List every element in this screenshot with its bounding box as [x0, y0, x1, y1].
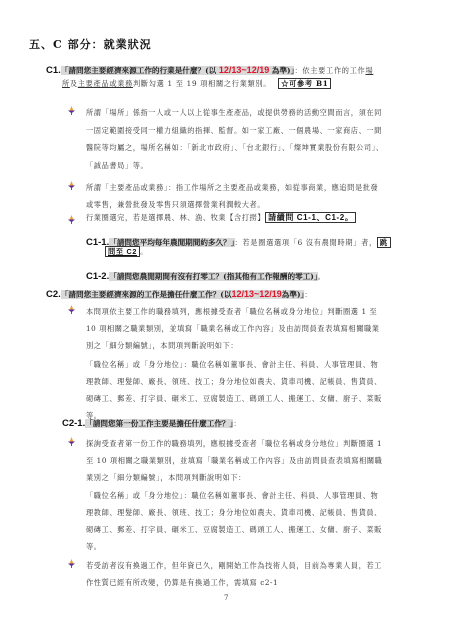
section-title: 五、C 部分：就業狀況 — [29, 36, 152, 52]
skip-box-b: 問至 C2 — [105, 246, 140, 257]
detail-line: 砌磚工、郵差、打字員、碾米工、豆腐製造工、碼頭工人、搬運工、女傭、廚子、菜販 — [86, 521, 382, 538]
c2-1-note-changed-job: 若受訪者沒有換過工作，但年資已久，剛開始工作為技術人員，目前為專業人員，若工 作… — [86, 557, 382, 591]
c1-label: C1. — [46, 65, 61, 76]
c2-question-line: C2.「請問您主要經濟來源的工作是擔任什麼工作？(以12/13~12/19為準)… — [46, 282, 312, 301]
c1-product-underlined: 主要產品或業務 — [78, 79, 133, 88]
note-line: 所謂「場所」係指一人或一人以上從事生產產品，或提供勞務的活動空間而言，須在同 — [86, 104, 384, 122]
c2-1-question: 「請問您第一份工作主要是擔任什麼工作？」 — [85, 419, 233, 428]
c2-label: C2. — [46, 289, 61, 300]
pushpin-bullet-icon — [67, 106, 76, 115]
note-line: 所謂「主要產品或業務」：指工作場所之主要產品或業務，如從事商業，應追問是批發 — [86, 179, 378, 196]
note-line: 作性質已經有所改變，仍算是有換過工作，需填寫 c2-1 — [86, 574, 382, 591]
c1-question-text-a: 「請問您主要經濟來源工作的行業是什麼？(以 — [61, 66, 219, 75]
c1-1-tail: ：若是圈選選項「6 沒有農閒時期」者， — [235, 238, 377, 247]
c1-2-question-line: C1-2.「請問您農閒期間有沒有打零工？(指其他有工作報酬的零工)」。 — [86, 264, 326, 283]
pushpin-bullet-icon — [67, 305, 76, 314]
note-line: 一固定範圍接受同一權力組織的指揮、監督。如一家工廠、一個農場、一家商店、一間 — [86, 122, 384, 140]
c1-tail-underlined: 場 — [365, 66, 373, 75]
c1-line2: 所及主要產品或業務判斷勾選 1 至 19 項相關之行業類別。 ☆可參考 B1 — [62, 79, 331, 89]
skip-box-a: 跳 — [377, 237, 391, 248]
c2-question-text-a: 「請問您主要經濟來源的工作是擔任什麼工作？(以 — [61, 290, 232, 299]
c1-question-text-b: 為準)」 — [269, 66, 294, 75]
note-line: 「誠品書局」等。 — [86, 157, 384, 175]
detail-line: 「職位名稱」或「身分地位」：職位名稱如董事長、會計主任、科員、人事管理員、物 — [86, 356, 382, 373]
c2-note: 本問項依主要工作的職務填列，應根據受查者「職位名稱或身分地位」判斷圈選 1 至 … — [86, 303, 380, 354]
pushpin-bullet-icon — [67, 437, 76, 446]
c1-reference-box: ☆可參考 B1 — [278, 78, 331, 89]
detail-line: 理教師、理髮師、廠長、領班、技工；身分地位如農夫、貨車司機、記帳員、售貨員、 — [86, 373, 382, 390]
c1-note-agriculture: 行業圈選完，若是選擇農、林、漁、牧業【含打撈】請續問 C1-1、C1-2。 — [86, 212, 356, 223]
note-line: 10 項相關之職業類別，並填寫「職業名稱或工作內容」及由訪問員查表填寫相關職業 — [86, 320, 380, 337]
c2-1-end: ： — [233, 419, 241, 428]
note-line: 或零售，兼營批發及零售只須選擇營業利潤較大者。 — [86, 196, 378, 213]
note-line: 探詢受查者第一份工作的職務填列，應根據受查者「職位名稱或身分地位」判斷圈選 1 — [86, 435, 382, 452]
c1-2-end: 。 — [318, 272, 326, 281]
pushpin-bullet-icon — [67, 559, 76, 568]
c1-question: 「請問您主要經濟來源工作的行業是什麼？(以 12/13~12/19 為準)」 — [61, 66, 295, 75]
c1-date-range: 12/13~12/19 — [219, 65, 269, 75]
pushpin-bullet-icon — [67, 181, 76, 190]
c1-1-end: 。 — [140, 247, 148, 256]
page-number: 7 — [224, 594, 228, 602]
note-line: 別之「細分類編號」，本問項判斷說明如下： — [86, 337, 380, 354]
detail-line: 「職位名稱」或「身分地位」：職位名稱如董事長、會計主任、科員、人事管理員、物 — [86, 487, 382, 504]
c2-1-note: 探詢受查者第一份工作的職務填列，應根據受查者「職位名稱或身分地位」判斷圈選 1 … — [86, 435, 382, 486]
note-line: 行業圈選完，若是選擇農、林、漁、牧業【含打撈】 — [86, 213, 265, 222]
c1-place-underlined: 所 — [62, 79, 70, 88]
c2-1-label: C2-1. — [62, 418, 85, 429]
c2-date-range: 12/13~12/19 — [231, 289, 281, 299]
c1-and: 及 — [70, 79, 78, 88]
c1-2-label: C1-2. — [86, 271, 109, 282]
c1-question-line: C1.「請問您主要經濟來源工作的行業是什麼？(以 12/13~12/19 為準)… — [46, 58, 373, 77]
c2-end: ： — [304, 290, 312, 299]
c2-1-detail: 「職位名稱」或「身分地位」：職位名稱如董事長、會計主任、科員、人事管理員、物 理… — [86, 487, 382, 555]
note-line: 至 10 項相關之職業類別，並填寫「職業名稱或工作內容」及由訪問員查表填寫相關職 — [86, 452, 382, 469]
document-page: 五、C 部分：就業狀況 C1.「請問您主要經濟來源工作的行業是什麼？(以 12/… — [0, 0, 452, 640]
detail-line: 理教師、理髮師、廠長、領班、技工；身分地位如農夫、貨車司機、記帳員、售貨員、 — [86, 504, 382, 521]
continue-ask-box: 請續問 C1-1、C1-2。 — [265, 212, 356, 223]
pushpin-bullet-icon — [67, 215, 76, 224]
note-line: 業別之「細分類編號」，本問項判斷說明如下： — [86, 469, 382, 486]
detail-line: 等。 — [86, 538, 382, 555]
c1-note-product: 所謂「主要產品或業務」：指工作場所之主要產品或業務，如從事商業，應追問是批發 或… — [86, 179, 378, 213]
note-line: 本問項依主要工作的職務填列，應根據受查者「職位名稱或身分地位」判斷圈選 1 至 — [86, 303, 380, 320]
c1-2-question: 「請問您農閒期間有沒有打零工？(指其他有工作報酬的零工)」 — [109, 272, 317, 281]
detail-line: 砌磚工、郵差、打字員、碾米工、豆腐製造工、碼頭工人、搬運工、女傭、廚子、菜販 — [86, 390, 382, 407]
c2-1-question-line: C2-1.「請問您第一份工作主要是擔任什麼工作？」： — [62, 411, 241, 430]
c1-1-line2: 問至 C2。 — [105, 247, 148, 257]
c1-tail: ：依主要工作的工作 — [294, 66, 365, 75]
c2-question-text-b: 為準)」 — [282, 290, 305, 299]
c2-question: 「請問您主要經濟來源的工作是擔任什麼工作？(以12/13~12/19為準)」 — [61, 290, 305, 299]
c1-note-place: 所謂「場所」係指一人或一人以上從事生產產品，或提供勞務的活動空間而言，須在同 一… — [86, 104, 384, 174]
note-line: 若受訪者沒有換過工作，但年資已久，剛開始工作為技術人員，目前為專業人員，若工 — [86, 557, 382, 574]
note-line: 醫院等均屬之，場所名稱如：「新北市政府」、「台北銀行」、「燦坤實業股份有限公司」… — [86, 139, 384, 157]
c1-instruction: 判斷勾選 1 至 19 項相關之行業類別。 — [133, 79, 271, 88]
